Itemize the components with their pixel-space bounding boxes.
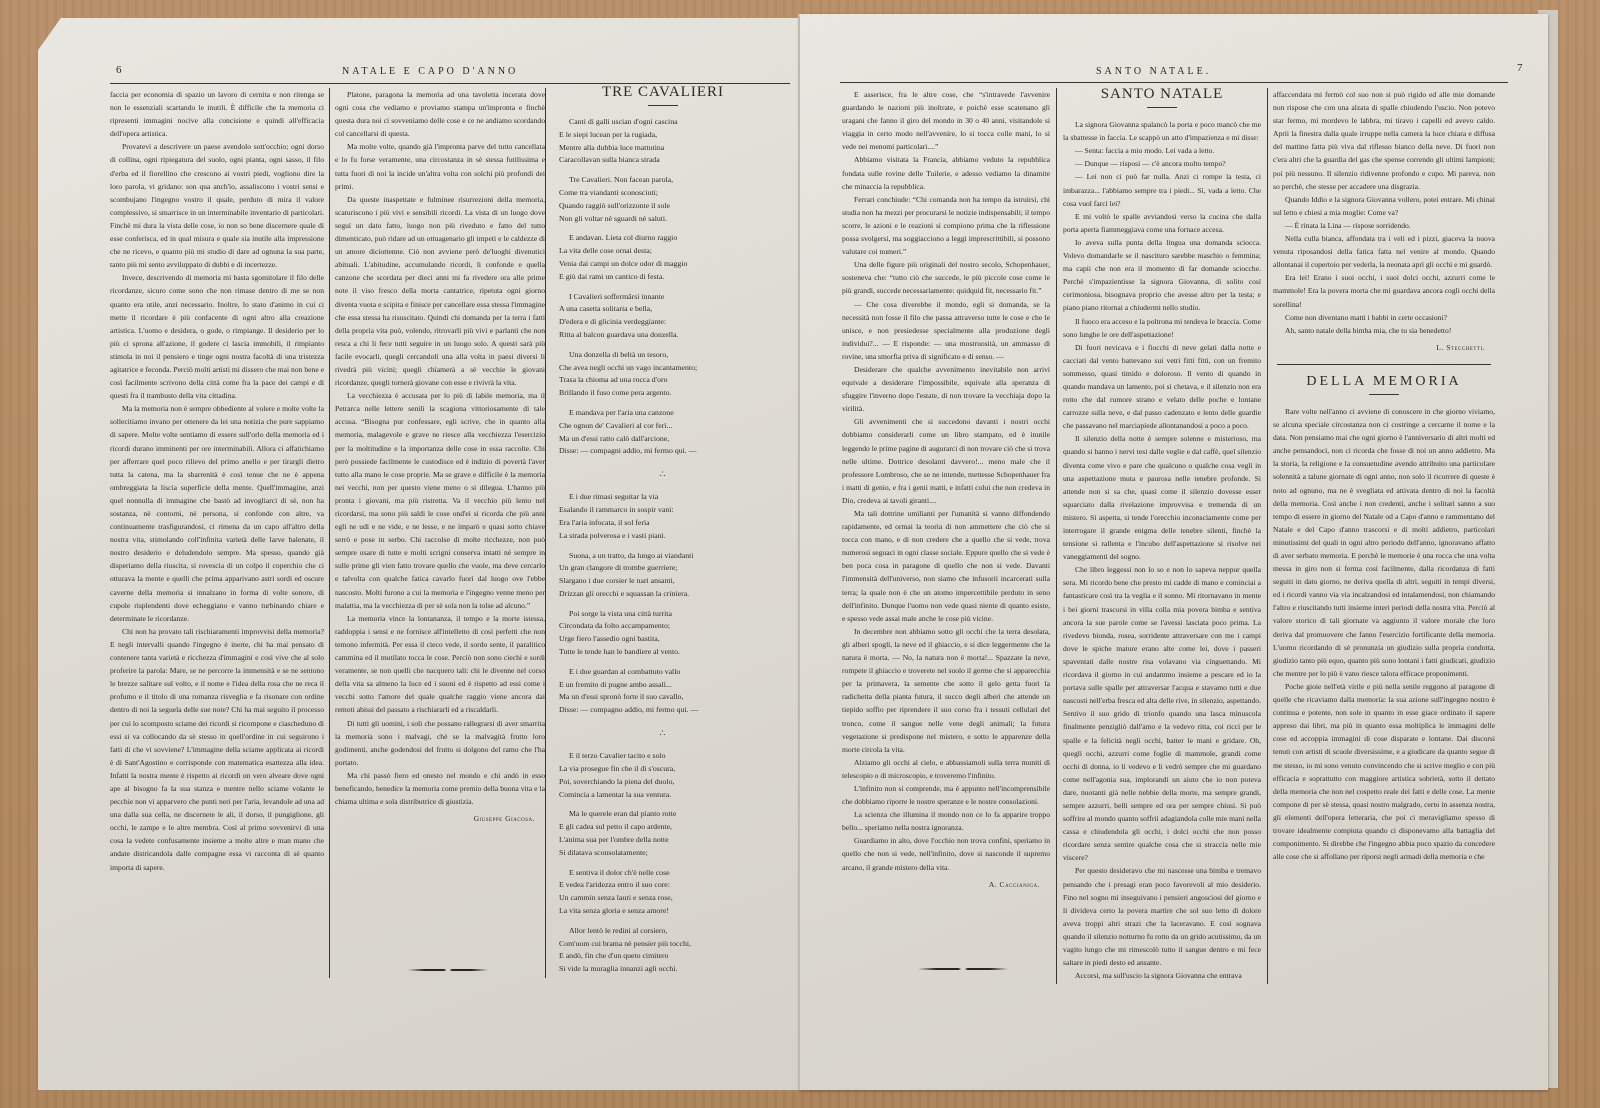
verse: Trasa la chioma ad una rocca d'oro	[559, 374, 773, 387]
verse: Mentre alla dubbia luce mattutina	[559, 142, 773, 155]
verse: Che ognun de' Cavalieri al cor ferì...	[559, 420, 773, 433]
ornament-rule	[408, 969, 488, 971]
verse: La vita senza gloria e senza amore!	[559, 905, 773, 918]
verse: Come tra viandanti sconosciuti;	[559, 187, 773, 200]
paragraph: Il fuoco era acceso e la poltrona mi ten…	[1063, 315, 1261, 341]
poem-title: TRE CAVALIERI	[553, 86, 773, 99]
verse: E i due guardan al combattuto vallo	[559, 666, 773, 679]
paragraph: E mi voltò le spalle avviandosi verso la…	[1063, 210, 1261, 236]
title-rule	[648, 105, 678, 106]
verse: Suona, a un tratto, da lungo ai viandant…	[559, 550, 773, 563]
paragraph: Come non diventano matti i babbi in cert…	[1273, 311, 1495, 324]
verse: E gli cadea sul petto il capo ardente,	[559, 821, 773, 834]
paragraph: faccia per economia di spazio un lavoro …	[110, 88, 324, 140]
verse: Si vide la muraglia innanzi agli occhi.	[559, 963, 773, 976]
paragraph: — Senta: faccia a mio modo. Lei vada a l…	[1063, 144, 1261, 157]
paragraph: Da queste inaspettate e fulminee risurre…	[335, 193, 545, 389]
article-title: SANTO NATALE	[1063, 88, 1261, 101]
paragraph: — Lei non ci può far nulla. Anzi ci romp…	[1063, 170, 1261, 209]
verse: Circondata da folto accampamento;	[559, 620, 773, 633]
column-divider	[1267, 88, 1268, 984]
verse: Un gran clangore di trombe guerriere;	[559, 562, 773, 575]
left-column-1: faccia per economia di spazio un lavoro …	[110, 88, 324, 993]
author-signature: L. Stecchetti.	[1273, 341, 1495, 354]
verse: Allor lentò le redini al corsiero,	[559, 925, 773, 938]
author-signature: A. Caccianiga.	[842, 878, 1050, 891]
verse: Caracollavan sulla bianca strada	[559, 154, 773, 167]
verse: A una casetta solitaria e bella,	[559, 303, 773, 316]
author-signature: Giuseppe Giacosa.	[335, 812, 545, 825]
title-rule	[1369, 394, 1399, 395]
section-separator: ∴	[553, 468, 773, 481]
paragraph: Era lei! Erano i suoi occhi, i suoi dolc…	[1273, 271, 1495, 310]
stanza: E mandava per l'aria una canzone Che ogn…	[553, 407, 773, 458]
verse: E un fremito di pugne ambo assalì...	[559, 679, 773, 692]
verse: E mandava per l'aria una canzone	[559, 407, 773, 420]
verse: Disse: — compagno addio, mi fermo qui. —	[559, 704, 773, 717]
verse: E i due rimasi seguitar la via	[559, 491, 773, 504]
verse: La via prosegue fin che il dì s'oscura,	[559, 763, 773, 776]
stanza: E i due rimasi seguitar la via Esalando …	[553, 491, 773, 542]
stanza: Una donzella di beltà un tesoro, Che ave…	[553, 349, 773, 400]
verse: Ma un d'essi spronò forte il suo cavallo…	[559, 691, 773, 704]
right-header-rule	[840, 82, 1508, 83]
verse: Si dilatava sconsolatamente;	[559, 847, 773, 860]
paragraph: Di fuori nevicava e i fiocchi di neve ge…	[1063, 341, 1261, 433]
left-running-header: NATALE E CAPO D'ANNO	[342, 66, 518, 77]
paragraph: L'infinito non si comprende, ma è appunt…	[842, 782, 1050, 808]
paragraph: Desiderare che qualche avvenimento inevi…	[842, 363, 1050, 415]
paragraph: Di tutti gli uomini, i soli che possano …	[335, 717, 545, 769]
stanza: E i due guardan al combattuto vallo E un…	[553, 666, 773, 717]
verse: Urge fiero l'assedio ogni bastita,	[559, 633, 773, 646]
paragraph: Gli avvenimenti che si succedono davanti…	[842, 415, 1050, 507]
paragraph: Una delle figure più originali del nostr…	[842, 258, 1050, 297]
verse: Una donzella di beltà un tesoro,	[559, 349, 773, 362]
title-rule	[1147, 107, 1177, 108]
paragraph: In decembre non abbiamo sotto gli occhi …	[842, 625, 1050, 756]
stanza: Ma le querele eran dal pianto rotte E gl…	[553, 808, 773, 859]
article-separator	[1277, 364, 1491, 365]
paragraph: Che libro leggessi non lo so e non lo sa…	[1063, 563, 1261, 864]
paragraph: Nella culla bianca, affondata tra i veli…	[1273, 232, 1495, 271]
paragraph: Ferrari conchiude: “Chi comanda non ha t…	[842, 193, 1050, 258]
paragraph: Per questo desideravo che mi nascesse un…	[1063, 864, 1261, 969]
verse: Ma le querele eran dal pianto rotte	[559, 808, 773, 821]
paragraph: La vecchiezza è accusata per lo più di l…	[335, 389, 545, 612]
stanza: Canti di galli uscian d'ogni cascina E l…	[553, 116, 773, 167]
stanza: E andavan. Lieta col diurno raggio La vi…	[553, 232, 773, 283]
stanza: E il terzo Cavalier tacito e solo La via…	[553, 750, 773, 801]
verse: Canti di galli uscian d'ogni cascina	[559, 116, 773, 129]
verse: Ma un d'essi ratto calò dall'arcione,	[559, 433, 773, 446]
stanza: I Cavalieri soffermârsi innante A una ca…	[553, 291, 773, 342]
paragraph: — Dunque — risposi — c'è ancora molto te…	[1063, 157, 1261, 170]
paragraph: Il silenzio della notte è sempre solenne…	[1063, 432, 1261, 563]
verse: L'anima sua per l'ombre della notte	[559, 834, 773, 847]
verse: Che avea negli occhi un vago incantament…	[559, 362, 773, 375]
paragraph: Ma chi passò fiero ed onesto nel mondo e…	[335, 769, 545, 808]
verse: I Cavalieri soffermârsi innante	[559, 291, 773, 304]
verse: Ritta al balcon guardava una donzella.	[559, 329, 773, 342]
verse: La vita delle cose ornai desta;	[559, 245, 773, 258]
paragraph: Ma molte volte, quando già l'impronta pa…	[335, 140, 545, 192]
paragraph: — È rinata la Lina — rispose sorridendo.	[1273, 219, 1495, 232]
right-page-number: 7	[1517, 62, 1523, 74]
verse: Slargano i due corsier le nari ansanti,	[559, 575, 773, 588]
verse: Quando raggiò sull'orizzonte il sole	[559, 200, 773, 213]
paragraph: Ah, santo natale della bimba mia, che tu…	[1273, 324, 1495, 337]
left-column-2: Platone, paragona la memoria ad una tavo…	[335, 88, 545, 998]
paragraph: Io aveva sulla punta della lingua una do…	[1063, 236, 1261, 315]
verse: Venia dai campi un dolce odor di maggio	[559, 258, 773, 271]
paragraph: Quando Iddio e la signora Giovanna volle…	[1273, 193, 1495, 219]
verse: Tre Cavalieri. Non facean parola,	[559, 174, 773, 187]
paragraph: — Che cosa diverebbe il mondo, egli si d…	[842, 298, 1050, 363]
stanza: Poi sorge la vista una città turrita Cir…	[553, 608, 773, 659]
paragraph: Poche gioie nell'età virile e più nella …	[1273, 680, 1495, 863]
column-divider	[329, 88, 330, 978]
verse: E andavan. Lieta col diurno raggio	[559, 232, 773, 245]
paragraph: Ma la memoria non è sempre obbediente al…	[110, 402, 324, 625]
verse: Brillando il fuso come pera argento.	[559, 387, 773, 400]
stanza: Tre Cavalieri. Non facean parola, Come t…	[553, 174, 773, 225]
verse: Poi sorge la vista una città turrita	[559, 608, 773, 621]
paragraph: La scienza che illumina il mondo non ce …	[842, 808, 1050, 834]
right-column-3: affaccendata mi fermò col suo non si può…	[1273, 88, 1495, 968]
stanza: Allor lentò le redini al corsiero, Com'u…	[553, 925, 773, 976]
left-page-number: 6	[116, 64, 122, 76]
verse: Non gli voltar nè sguardi nè saluti.	[559, 213, 773, 226]
verse: D'edera e di glicinia verdeggiante:	[559, 316, 773, 329]
verse: Com'uom cui brama nè pensier più tocchi,	[559, 938, 773, 951]
verse: La strada polverosa e i vasti piani.	[559, 530, 773, 543]
right-column-2: SANTO NATALE La signora Giovanna spalanc…	[1063, 84, 1261, 984]
paragraph: La signora Giovanna spalancò la porta e …	[1063, 118, 1261, 144]
verse: Disse: — compagni addio, mi fermo qui. —	[559, 445, 773, 458]
paragraph: Alziamo gli occhi al cielo, e abbassiamo…	[842, 756, 1050, 782]
verse: Tutte le tende han le bandiere al vento.	[559, 646, 773, 659]
column-divider	[1056, 88, 1057, 984]
paragraph: Invece, descrivendo di memoria mi basta …	[110, 271, 324, 402]
verse: E vedea l'aridezza entro il suo core:	[559, 879, 773, 892]
ornament-rule	[918, 968, 1008, 970]
paragraph: Platone, paragona la memoria ad una tavo…	[335, 88, 545, 140]
verse: Era l'aria infocata, il sol ferìa	[559, 517, 773, 530]
paragraph: Abbiamo visitata la Francia, abbiamo ved…	[842, 153, 1050, 192]
paragraph: La memoria vince la lontananza, il tempo…	[335, 612, 545, 717]
paragraph: Accorsi, ma sull'uscio la signora Giovan…	[1063, 969, 1261, 982]
verse: E il terzo Cavalier tacito e solo	[559, 750, 773, 763]
paragraph: Provatevi a descrivere un paese avendolo…	[110, 140, 324, 271]
stanza: E sentiva il dolor ch'è nelle cose E ved…	[553, 867, 773, 918]
paragraph: Rare volte nell'anno ci avviene di conos…	[1273, 405, 1495, 680]
right-running-header: SANTO NATALE.	[1096, 66, 1211, 77]
verse: Poi, soverchiando la piena del duolo,	[559, 776, 773, 789]
column-divider	[545, 88, 546, 978]
verse: E le siepi lucean per la rugiada,	[559, 129, 773, 142]
verse: Comincia a lamentar la sua ventura.	[559, 789, 773, 802]
paragraph: Guardiamo in alto, dove l'occhio non tro…	[842, 834, 1050, 873]
verse: Un cammin senza lauri e senza rose,	[559, 892, 773, 905]
paragraph: Ma tali dottrine umilianti per l'umanità…	[842, 507, 1050, 625]
verse: Esalando il rammarco in sospir vani:	[559, 504, 773, 517]
left-column-3-poem: TRE CAVALIERI Canti di galli uscian d'og…	[553, 82, 773, 982]
paragraph: E asserisce, fra le altre cose, che “s'i…	[842, 88, 1050, 153]
stanza: Suona, a un tratto, da lungo ai viandant…	[553, 550, 773, 601]
paragraph: affaccendata mi fermò col suo non si può…	[1273, 88, 1495, 193]
right-column-1: E asserisce, fra le altre cose, che “s'i…	[842, 88, 1050, 936]
verse: E andò, fin che d'un queto cimitero	[559, 950, 773, 963]
article-title: DELLA MEMORIA	[1273, 375, 1495, 388]
verse: E giù dai rami un cantico di festa.	[559, 271, 773, 284]
section-separator: ∴	[553, 727, 773, 740]
verse: Drizzan gli orecchi e squassan la crinie…	[559, 588, 773, 601]
paragraph: Chi non ha provato tali rischiaramenti i…	[110, 625, 324, 874]
verse: E sentiva il dolor ch'è nelle cose	[559, 867, 773, 880]
